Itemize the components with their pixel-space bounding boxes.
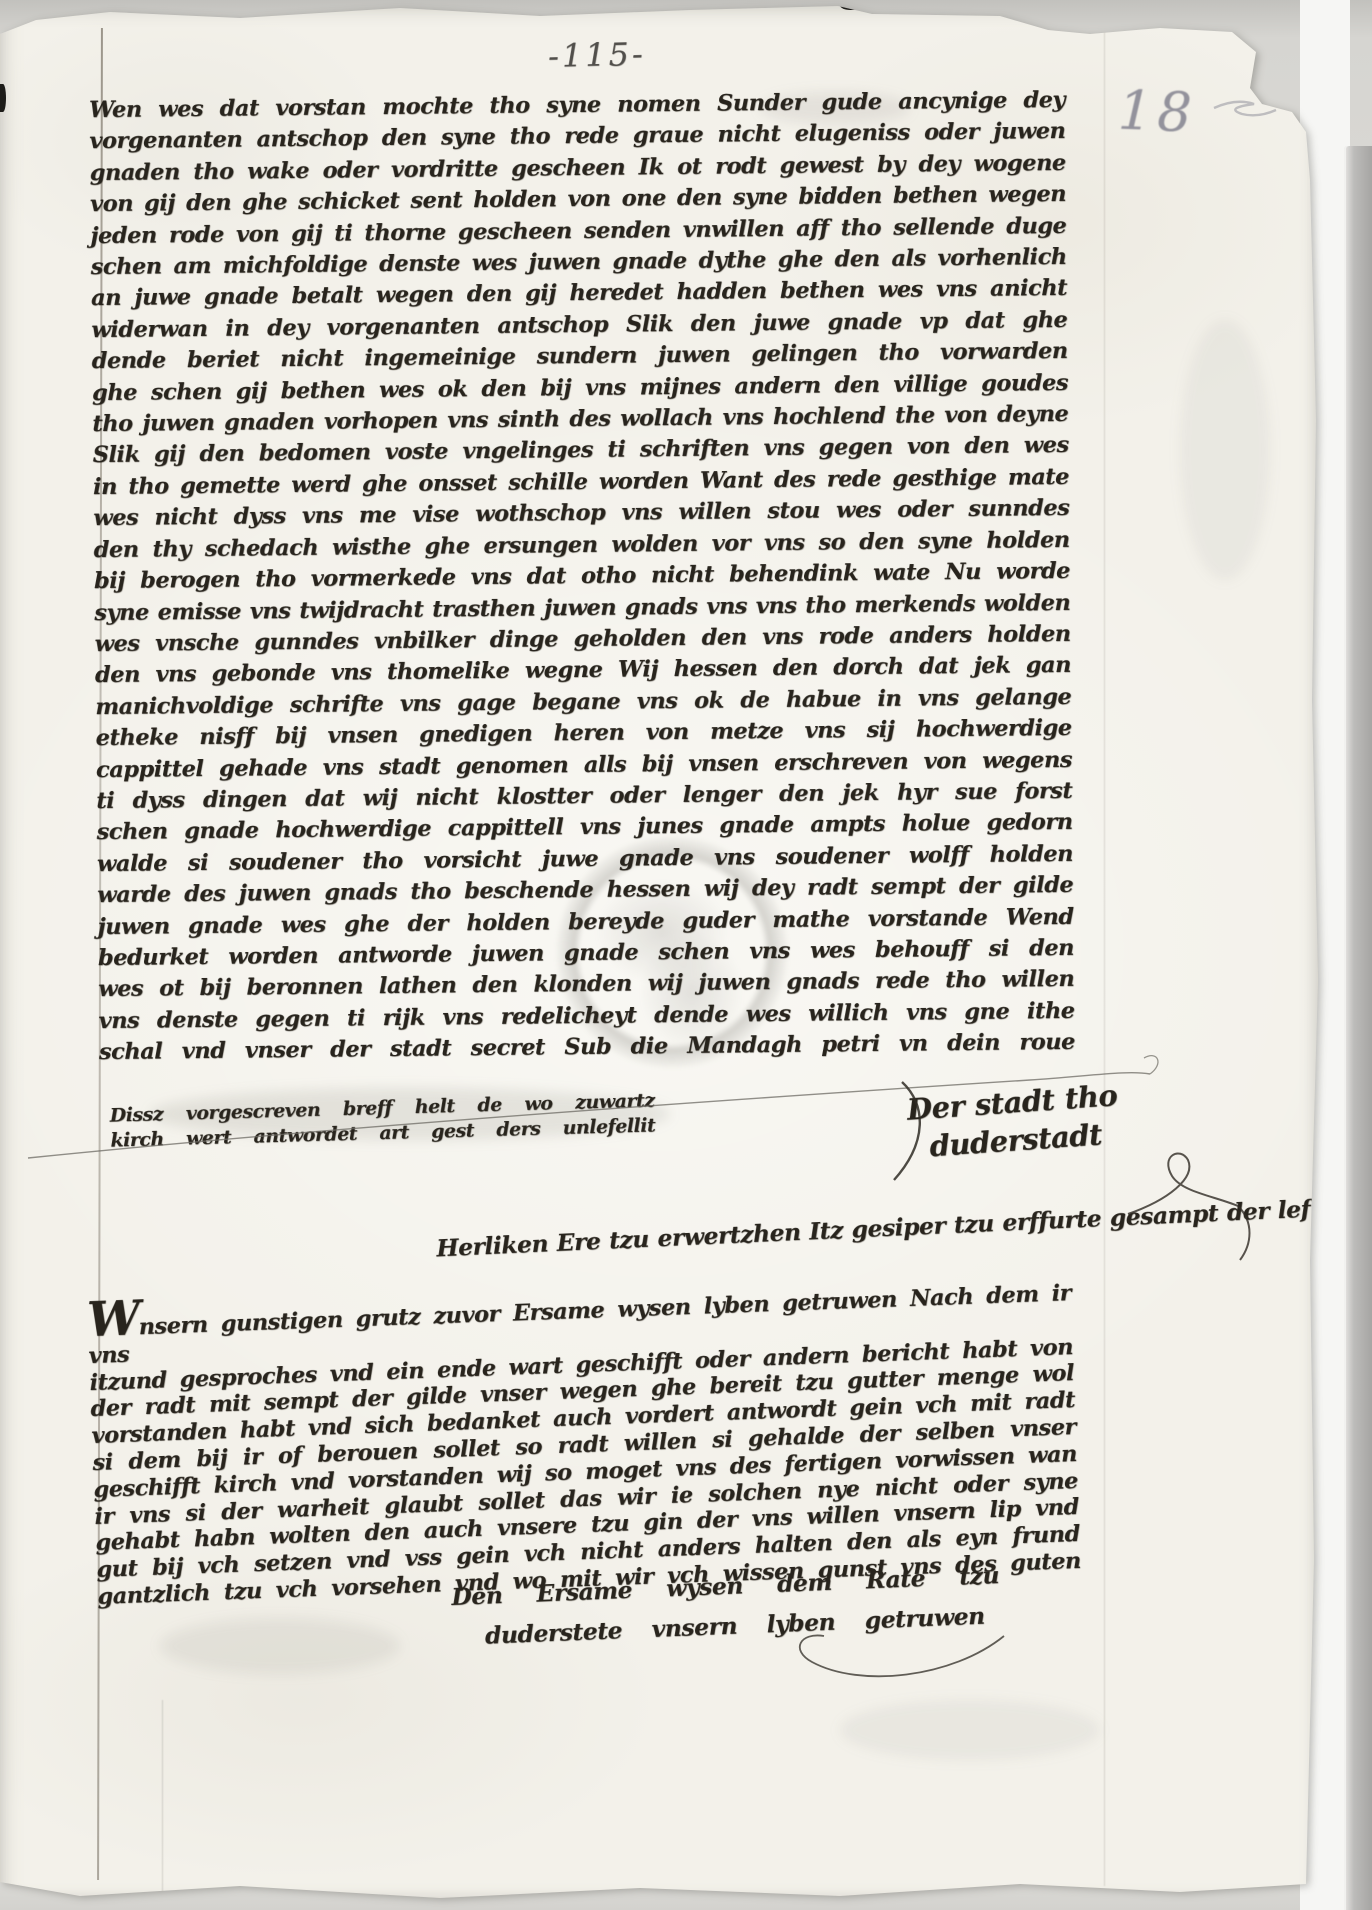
folio-pencil-number: 18	[1117, 79, 1198, 145]
bleedthrough-smudge	[840, 1700, 1100, 1760]
scan-background: -115- 18 Wen wes dat vorstan mochte tho …	[0, 0, 1372, 1910]
reply-heading: Herliken Ere tzu erwertzhen Itz gesiper …	[436, 1198, 1246, 1263]
archive-page-number: -115-	[548, 35, 647, 76]
letter-main-text: Wen wes dat vorstan mochte tho syne nome…	[89, 85, 1075, 1069]
addressee-docket: Der stadt tho duderstadt	[906, 1073, 1161, 1166]
adjacent-page-edge	[1344, 146, 1372, 1910]
fold-crease-bottom	[162, 1700, 163, 1900]
ink-speck	[0, 4, 16, 16]
bleedthrough-smudge	[1180, 320, 1270, 580]
pencil-scribble	[1214, 102, 1276, 116]
manuscript-page: -115- 18 Wen wes dat vorstan mochte tho …	[0, 0, 1322, 1904]
bleedthrough-smudge	[160, 1618, 400, 1674]
manuscript-page-wrap: -115- 18 Wen wes dat vorstan mochte tho …	[0, 0, 1330, 1910]
ink-speck	[840, 0, 862, 10]
ink-speck	[0, 84, 6, 112]
registrar-note: Dissz vorgescreven breff helt de wo zuwa…	[109, 1088, 655, 1153]
separator-end-curl	[1144, 1056, 1158, 1074]
fold-crease	[1104, 30, 1105, 1886]
